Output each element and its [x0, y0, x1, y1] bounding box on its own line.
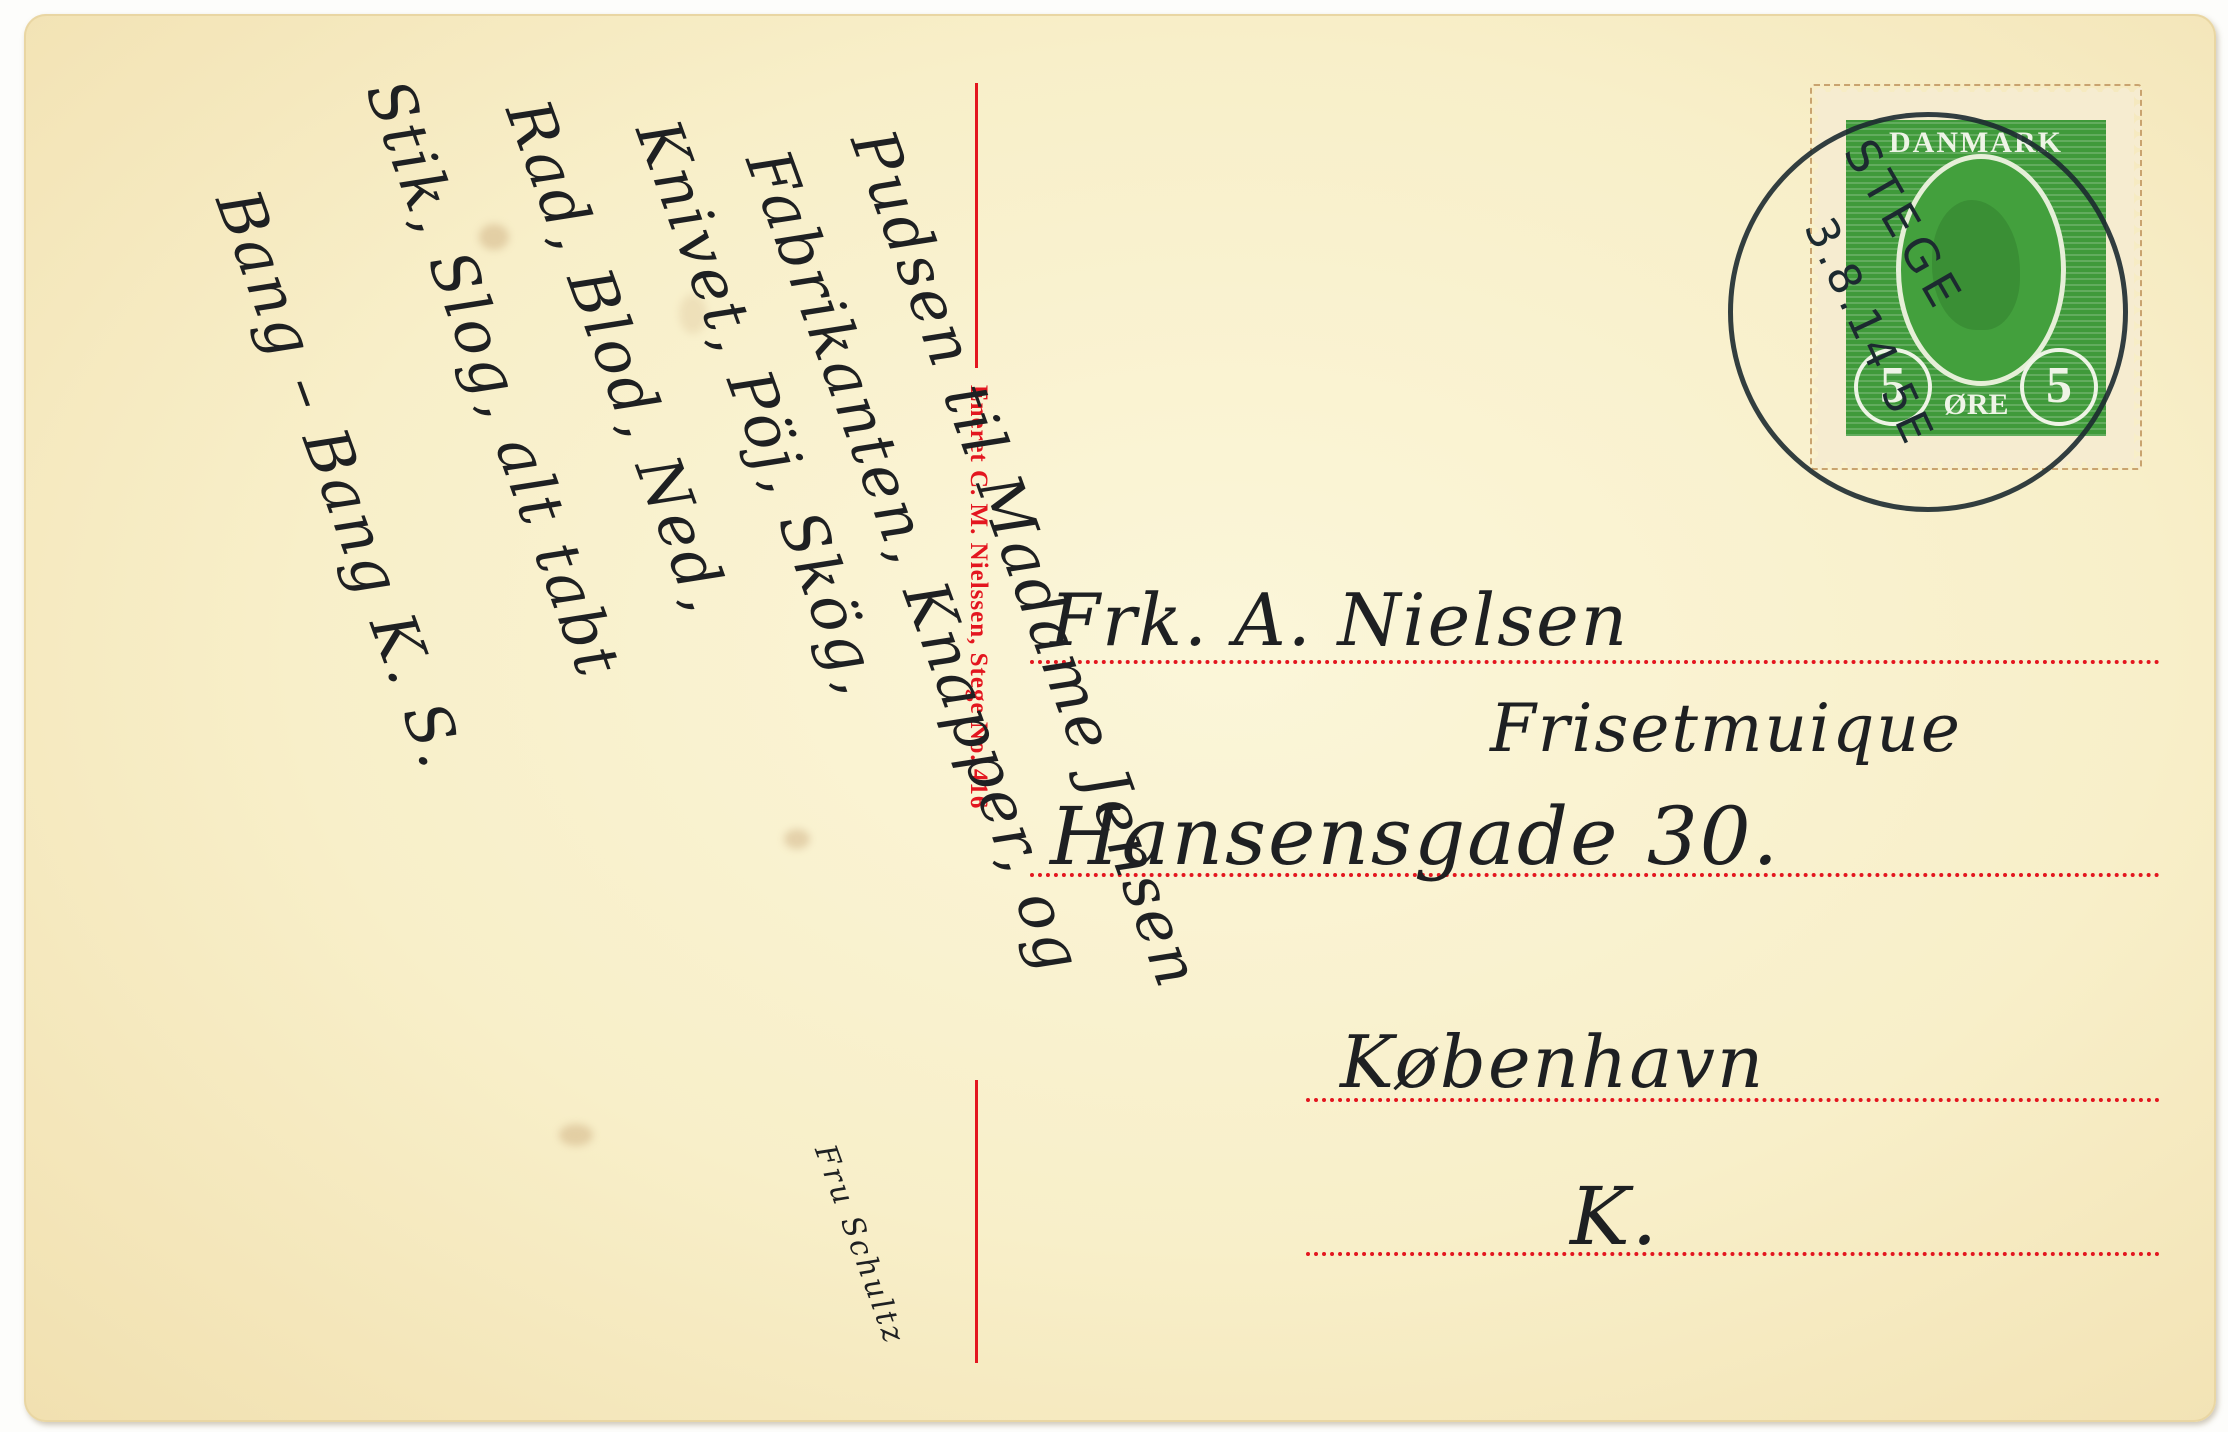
stain	[784, 829, 810, 849]
address-district: K.	[1570, 1170, 1659, 1263]
address-line-occupation: Frisetmuique	[1490, 690, 1962, 767]
stain	[559, 1124, 593, 1146]
address-line-4	[1306, 1252, 2160, 1256]
divider-bottom	[975, 1080, 978, 1363]
address-city: København	[1340, 1020, 1765, 1104]
address-recipient: Frk. A. Nielsen	[1050, 578, 1629, 662]
